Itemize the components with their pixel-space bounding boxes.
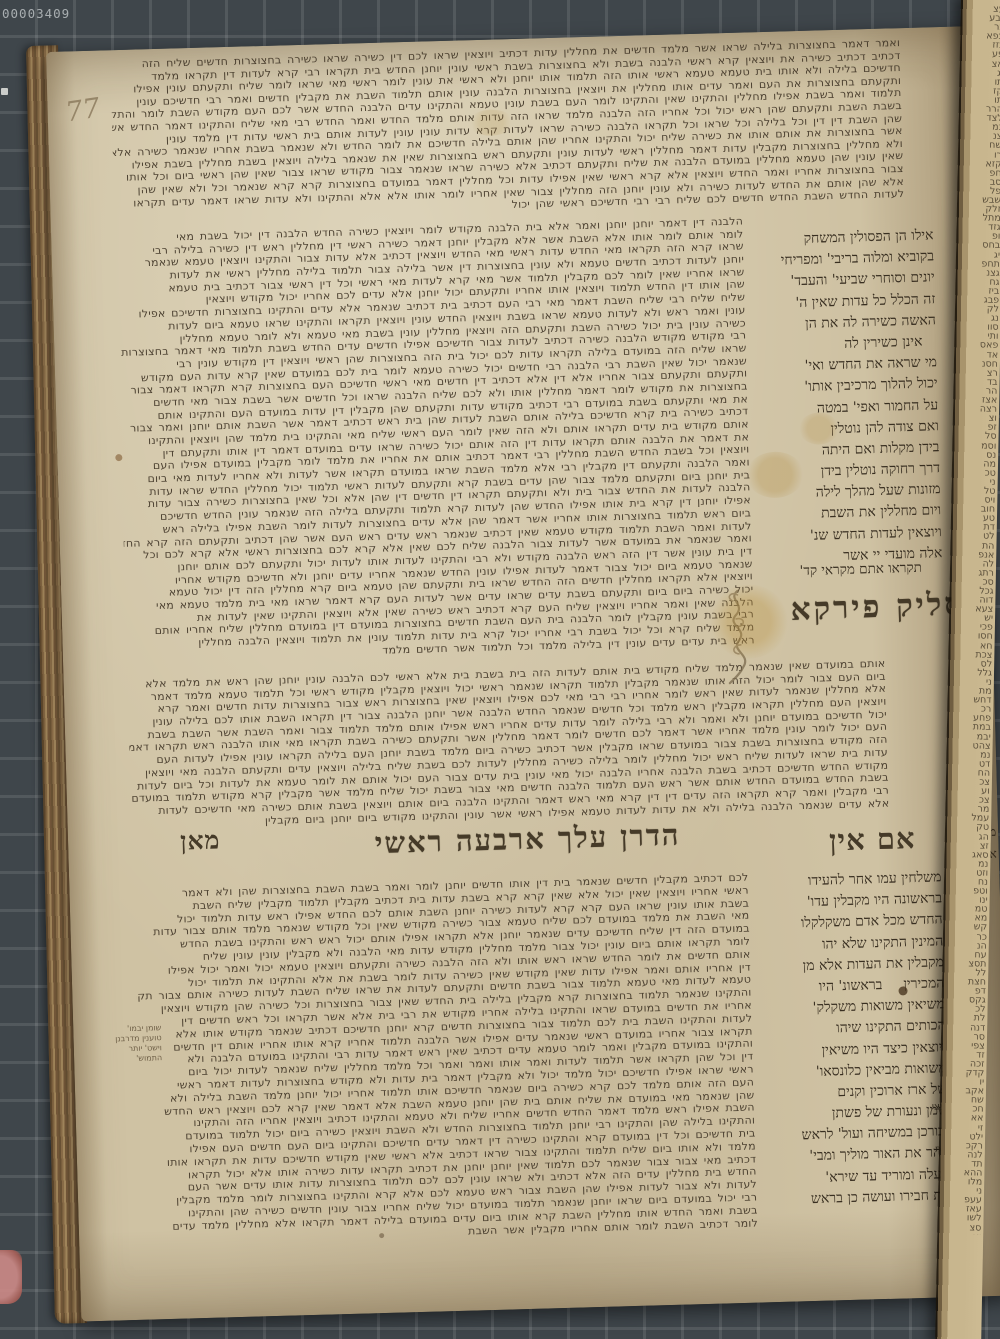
- commentary-block-top: ואמר דאמר בחצוצרות בלילה שראו אשר מלמד ח…: [110, 37, 904, 223]
- decorative-flourish-icon: [707, 584, 768, 686]
- mishnah-column-chapter1: אילו הן הפסולין המשחקבקוביא ומלוה בריבי'…: [747, 225, 942, 569]
- commentary-incipit: מאן: [180, 825, 221, 856]
- calibration-dot: [1, 88, 8, 95]
- left-margin-gloss: שומן יבמו'טוענין מדרבנןוישט' יותרהתמוש': [101, 1023, 162, 1065]
- mishnah-line: את חבירו ועושה כן בראש: [754, 1185, 951, 1212]
- manuscript-page: 77 ואמר דאמר בחצוצרות בלילה שראו אשר מלמ…: [46, 26, 1000, 1321]
- mishnah-column-chapter2: משלחין עמו אחר להעידובראשונה היו מקבלין …: [745, 867, 950, 1211]
- folio-number: 77: [64, 93, 103, 129]
- commentary-block-bottom-left: לכם דכתיב מקבלין חדשים שנאמר בית דין אות…: [133, 872, 758, 1247]
- photographed-manuscript-scene: 00003409 77 ואמר דאמר בחצוצרות בלילה שרא…: [0, 0, 1000, 1339]
- archive-number-label: 00003409: [2, 6, 70, 21]
- commentary-block-middle-full: אותם במועדם שאין שנאמר מלמד שליח מקודש ב…: [128, 658, 890, 831]
- bookmark-sliver: [0, 1250, 22, 1304]
- gloss-line: התמוש': [102, 1053, 162, 1065]
- chapter2-incipit: אם אין: [796, 820, 949, 859]
- commentary-block-middle-left: הלבנה דין דאמר יוחנן יוחנן ואמר אלא בית …: [115, 216, 755, 665]
